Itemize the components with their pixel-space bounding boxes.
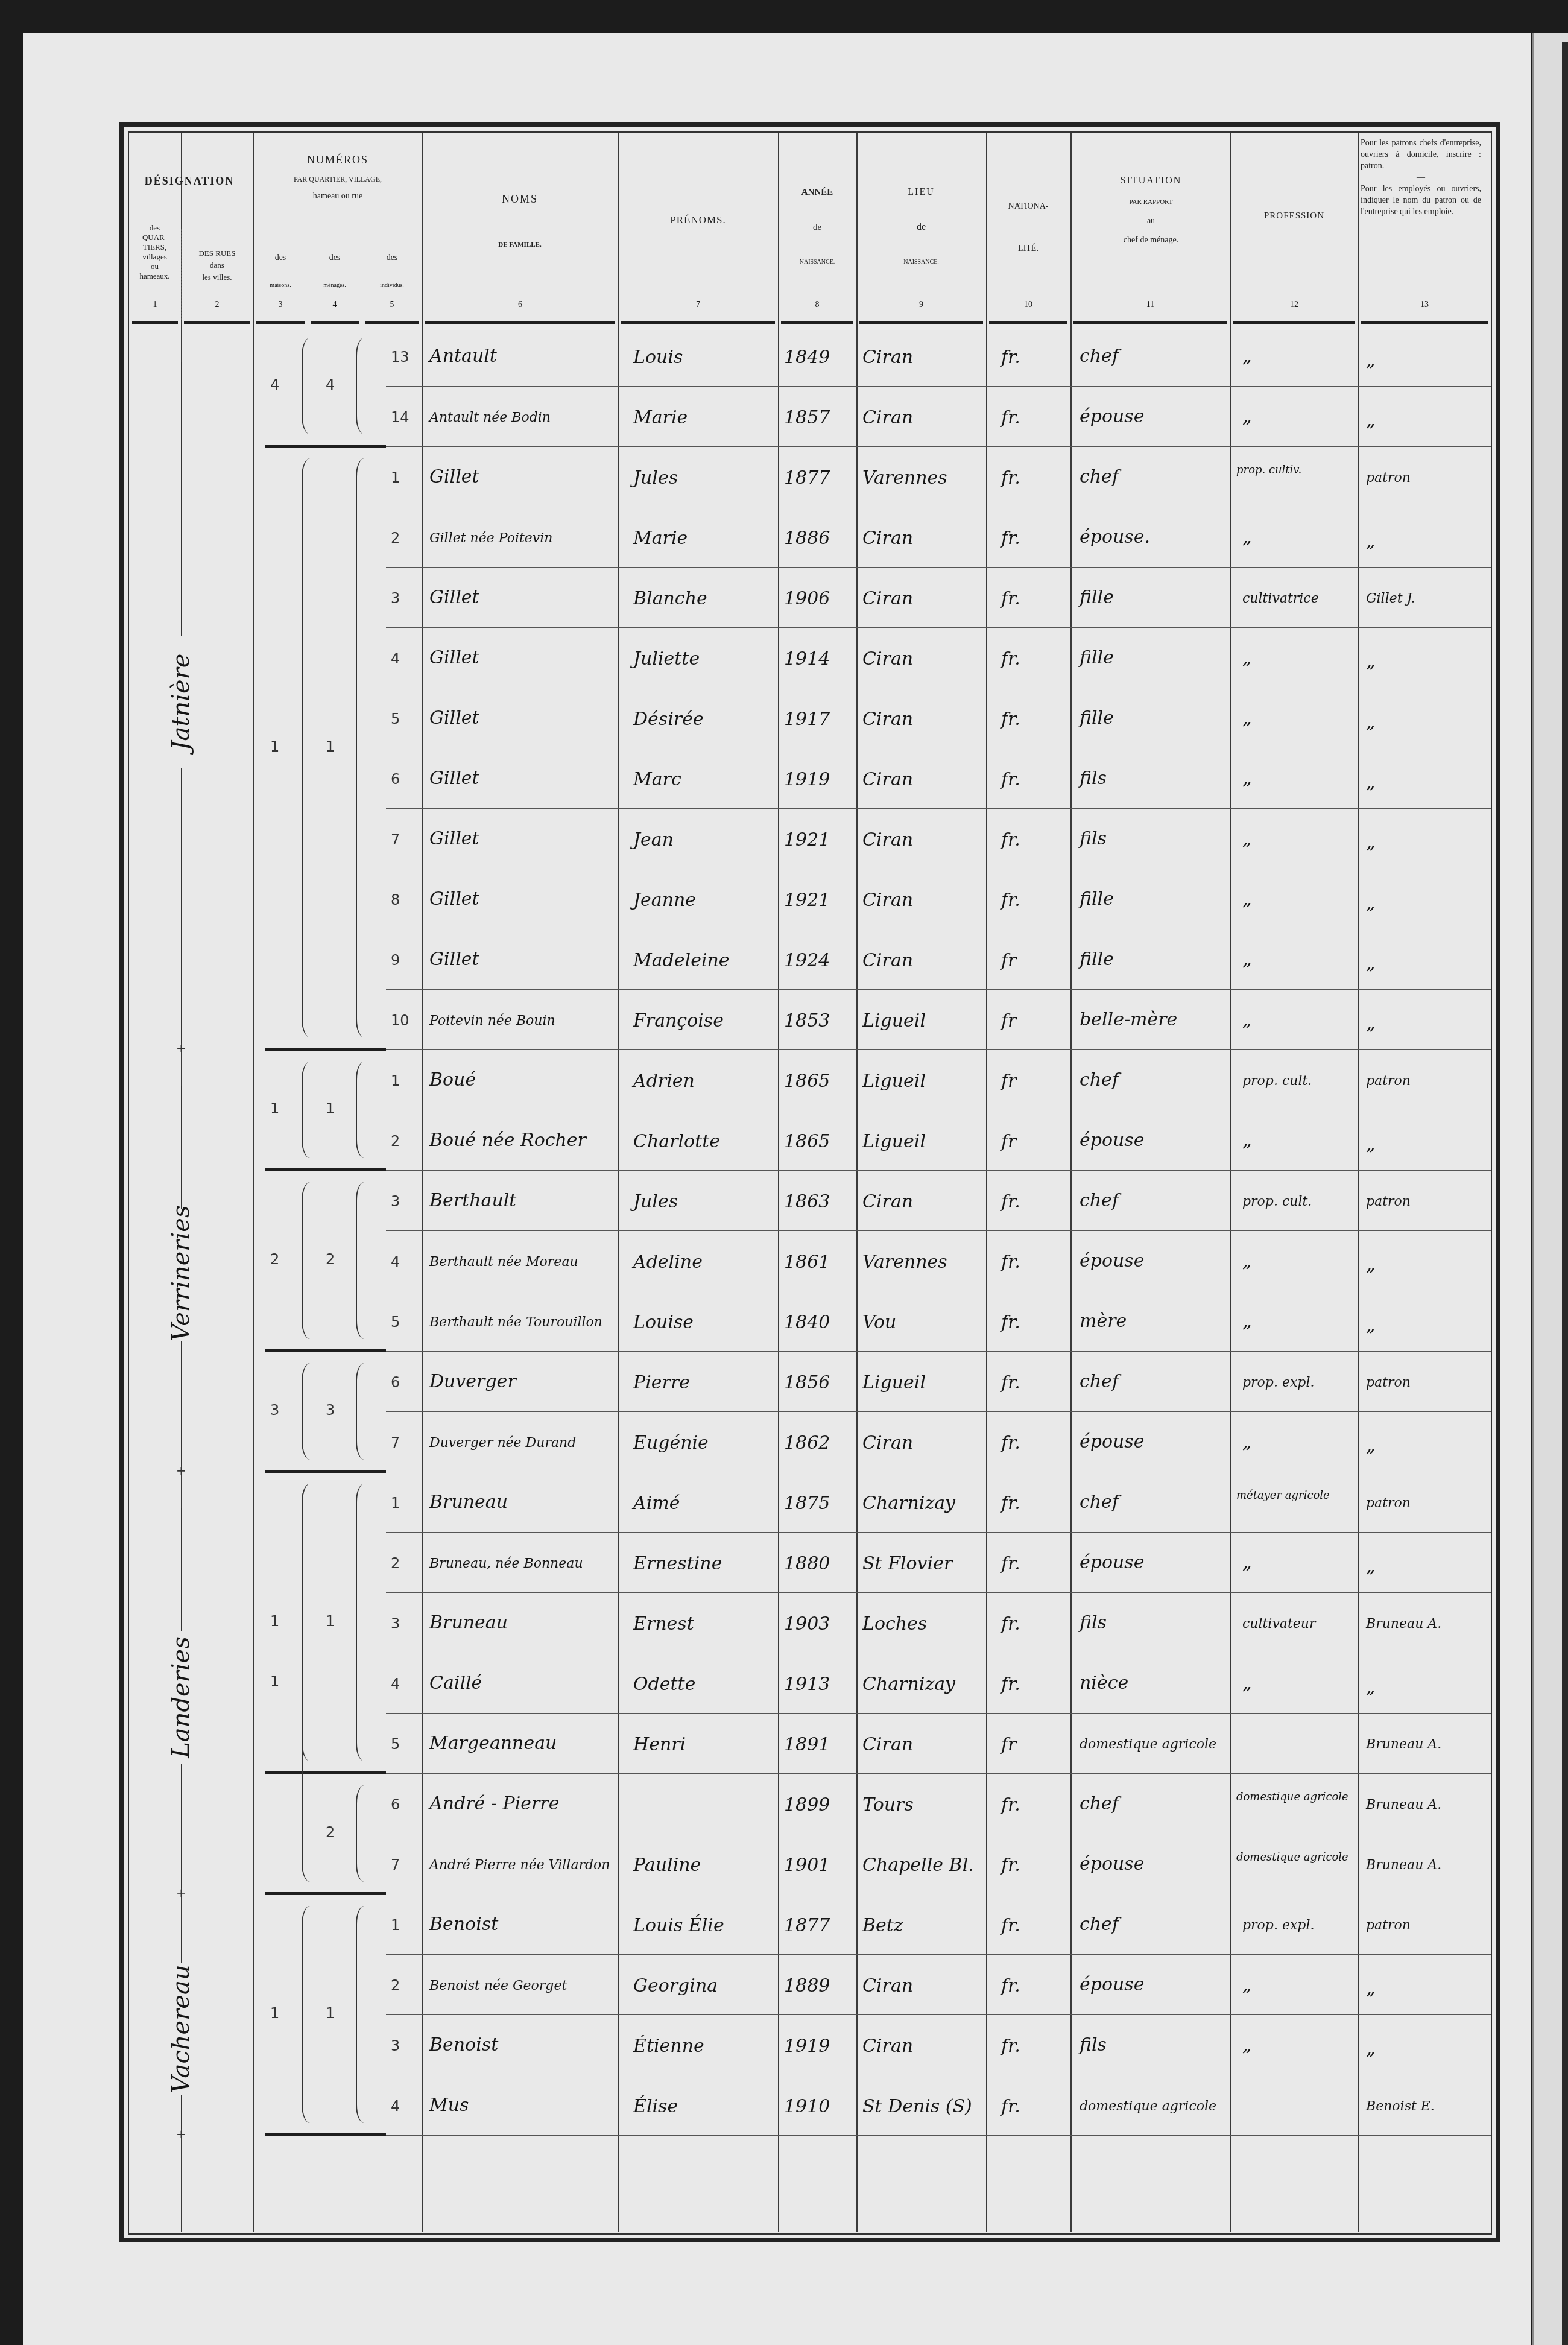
header-col13-note-b: Pour les employés ou ouvriers, indiquer …: [1361, 183, 1481, 218]
row-divider: [386, 929, 1491, 929]
row-divider: [386, 1773, 1491, 1774]
header-nationalite-line: NATIONA-: [987, 186, 1069, 228]
first-name: Eugénie: [633, 1434, 709, 1452]
brace-icon: [302, 338, 311, 434]
header-annee-line: NAISSANCE.: [779, 245, 855, 280]
column-number: 13: [1358, 300, 1491, 310]
birthplace: Charnizay: [862, 1676, 955, 1694]
nationality: fr.: [1001, 409, 1020, 427]
nationality: fr.: [1001, 710, 1020, 729]
header-col5-line: des: [362, 244, 422, 272]
first-name: Louise: [633, 1314, 694, 1332]
individual-number: 2: [391, 1134, 415, 1148]
locality-label: Jatnière: [167, 636, 195, 768]
nationality: fr.: [1001, 1314, 1020, 1332]
individual-number: 4: [391, 651, 415, 666]
header-rule: [1361, 321, 1488, 324]
household-position: domestique agricole: [1080, 1738, 1216, 1752]
surname: Duverger: [429, 1373, 516, 1391]
household-position: belle-mère: [1080, 1011, 1177, 1029]
row-divider: [386, 1351, 1491, 1352]
nationality: fr.: [1001, 469, 1020, 487]
birthplace: Chapelle Bl.: [862, 1856, 974, 1875]
birth-year: 1903: [784, 1615, 830, 1633]
nationality: fr: [1001, 1133, 1016, 1151]
individual-number: 8: [391, 893, 415, 907]
brace-icon: [356, 1062, 365, 1158]
first-name: Élise: [633, 2098, 678, 2116]
header-col2-line: DES RUES: [182, 247, 252, 259]
profession: „: [1242, 951, 1252, 969]
header-designation: DÉSIGNATION: [129, 175, 250, 188]
row-divider: [386, 1411, 1491, 1412]
first-name: Jeanne: [633, 891, 696, 910]
column-divider: [1070, 133, 1072, 2232]
employer: „: [1366, 1557, 1376, 1575]
profession: „: [1242, 2036, 1252, 2054]
header-col1-line: villages: [129, 252, 180, 262]
surname: Antault née Bodin: [429, 411, 551, 425]
employer: „: [1366, 834, 1376, 852]
profession: métayer agricole: [1236, 1490, 1357, 1502]
employer: Gillet J.: [1366, 592, 1415, 606]
column-number: 11: [1070, 300, 1230, 310]
individual-number: 6: [391, 1797, 415, 1812]
surname: Benoist: [429, 2036, 498, 2054]
profession: „: [1242, 1131, 1252, 1150]
birth-year: 1910: [784, 2098, 830, 2116]
first-name: Ernest: [633, 1615, 694, 1633]
profession: prop. expl.: [1242, 1919, 1314, 1932]
employer: „: [1366, 713, 1376, 731]
individual-number: 2: [391, 1556, 415, 1571]
household-position: chef: [1080, 1071, 1119, 1089]
surname: Bruneau, née Bonneau: [429, 1557, 583, 1571]
individual-number: 5: [391, 712, 415, 726]
birthplace: Ligueil: [862, 1012, 926, 1030]
birth-year: 1877: [784, 1917, 830, 1935]
header-col4-line: des: [308, 244, 362, 272]
employer: „: [1366, 351, 1376, 369]
surname: André - Pierre: [429, 1795, 559, 1813]
birthplace: Ligueil: [862, 1133, 926, 1151]
profession: „: [1242, 408, 1252, 426]
header-col2: DES RUES dans les villes.: [182, 247, 252, 283]
individual-number: 2: [391, 531, 415, 545]
employer: „: [1366, 1979, 1376, 1998]
individual-number: 5: [391, 1737, 415, 1752]
household-position: fils: [1080, 770, 1107, 788]
first-name: Adrien: [633, 1072, 695, 1090]
birth-year: 1849: [784, 349, 830, 367]
birthplace: Ciran: [862, 710, 913, 729]
individual-number: 1: [391, 1918, 415, 1932]
nationality: fr.: [1001, 590, 1020, 608]
surname: Mus: [429, 2097, 469, 2115]
nationality: fr: [1001, 1072, 1016, 1090]
household-number: 3: [326, 1403, 335, 1417]
column-number: 4: [308, 300, 362, 310]
household-position: épouse.: [1080, 528, 1150, 546]
birthplace: Ciran: [862, 409, 913, 427]
column-number: 9: [856, 300, 986, 310]
household-position: chef: [1080, 347, 1119, 366]
birth-year: 1886: [784, 530, 830, 548]
household-position: mère: [1080, 1312, 1127, 1331]
employer: „: [1366, 1316, 1376, 1334]
birthplace: Ciran: [862, 1434, 913, 1452]
employer: Bruneau A.: [1366, 1799, 1441, 1812]
row-divider: [386, 1713, 1491, 1714]
profession: prop. expl.: [1242, 1376, 1314, 1390]
household-number: 2: [326, 1252, 335, 1267]
profession: prop. cult.: [1242, 1075, 1312, 1088]
employer: „: [1366, 894, 1376, 912]
birth-year: 1880: [784, 1555, 830, 1573]
birth-year: 1921: [784, 891, 830, 910]
header-rule: [859, 321, 983, 324]
surname: Boué née Rocher: [429, 1131, 586, 1150]
birth-year: 1913: [784, 1676, 830, 1694]
binding-shadow: [1562, 42, 1568, 2345]
nationality: fr: [1001, 1012, 1016, 1030]
nationality: fr.: [1001, 2098, 1020, 2116]
locality-label: Landeries: [167, 1631, 195, 1764]
header-situation-line: chef de ménage.: [1072, 235, 1230, 247]
first-name: Aimé: [633, 1495, 680, 1513]
birthplace: Ligueil: [862, 1072, 926, 1090]
individual-number: 1: [391, 1496, 415, 1510]
birthplace: Ligueil: [862, 1374, 926, 1392]
household-separator: [265, 1349, 386, 1352]
house-number: 4: [270, 378, 279, 392]
surname: Benoist: [429, 1916, 498, 1934]
nationality: fr.: [1001, 1856, 1020, 1875]
profession: „: [1242, 1433, 1252, 1451]
column-number: 3: [253, 300, 308, 310]
column-divider: [1230, 133, 1231, 2232]
birth-year: 1891: [784, 1736, 830, 1754]
birth-year: 1865: [784, 1072, 830, 1090]
individual-number: 7: [391, 1858, 415, 1872]
employer: „: [1366, 1256, 1376, 1274]
birth-year: 1917: [784, 710, 830, 729]
profession: „: [1242, 1252, 1252, 1270]
surname: Berthault née Tourouillon: [429, 1316, 602, 1329]
profession: „: [1242, 1976, 1252, 1994]
birthplace: Ciran: [862, 590, 913, 608]
row-divider: [386, 869, 1491, 869]
birthplace: Ciran: [862, 1736, 913, 1754]
first-name: Désirée: [633, 710, 704, 729]
column-divider: [422, 133, 423, 2232]
profession: „: [1242, 890, 1252, 908]
birth-year: 1877: [784, 469, 830, 487]
profession: prop. cult.: [1242, 1195, 1312, 1209]
birthplace: St Denis (S): [862, 2098, 972, 2116]
plus-mark-icon: +: [176, 1041, 186, 1055]
birth-year: 1856: [784, 1374, 830, 1392]
brace-icon: [302, 1182, 311, 1339]
surname: Berthault: [429, 1192, 516, 1210]
profession: „: [1242, 1674, 1252, 1692]
row-divider: [386, 1592, 1491, 1593]
profession: „: [1242, 1554, 1252, 1572]
household-position: fille: [1080, 951, 1114, 969]
row-divider: [386, 2075, 1491, 2075]
header-rule: [1073, 321, 1227, 324]
nationality: fr.: [1001, 1434, 1020, 1452]
column-number: 6: [422, 300, 618, 310]
individual-number: 7: [391, 832, 415, 847]
nationality: fr.: [1001, 530, 1020, 548]
row-divider: [386, 1834, 1491, 1834]
household-position: fils: [1080, 2036, 1107, 2054]
nationality: fr.: [1001, 1917, 1020, 1935]
employer: Benoist E.: [1366, 2100, 1435, 2113]
first-name: Marie: [633, 409, 688, 427]
header-rule: [781, 321, 853, 324]
header-numeros: NUMÉROS: [253, 154, 422, 166]
first-name: Louis Élie: [633, 1917, 724, 1935]
surname: Gillet: [429, 890, 479, 908]
surname: Gillet: [429, 649, 479, 667]
surname: Antault: [429, 347, 497, 366]
header-profession: PROFESSION: [1231, 211, 1357, 221]
header-col4: des ménages.: [308, 244, 362, 300]
header-situation: SITUATION PAR RAPPORT au chef de ménage.: [1072, 166, 1230, 247]
house-number: 1: [270, 739, 279, 754]
household-number: 1: [326, 2006, 335, 2021]
employer: Bruneau A.: [1366, 1618, 1441, 1631]
brace-icon: [356, 1363, 365, 1460]
household-separator: [265, 1771, 386, 1774]
header-col1: des QUAR- TIERS, villages ou hameaux.: [129, 223, 180, 281]
birthplace: St Flovier: [862, 1555, 952, 1573]
birth-year: 1919: [784, 771, 830, 789]
first-name: Georgina: [633, 1977, 718, 1995]
column-number: 10: [986, 300, 1070, 310]
row-divider: [386, 2135, 1491, 2136]
household-separator: [265, 1048, 386, 1051]
row-divider: [386, 748, 1491, 748]
individual-number: 4: [391, 2099, 415, 2113]
employer: „: [1366, 2040, 1376, 2058]
brace-icon: [356, 1785, 365, 1882]
employer: „: [1366, 653, 1376, 671]
column-divider: [986, 133, 987, 2232]
individual-number: 14: [391, 410, 415, 425]
nationality: fr.: [1001, 1977, 1020, 1995]
surname: Caillé: [429, 1674, 482, 1692]
household-position: fille: [1080, 890, 1114, 908]
surname: Bruneau: [429, 1614, 508, 1632]
profession: cultivateur: [1242, 1618, 1316, 1631]
household-position: épouse: [1080, 1855, 1145, 1873]
first-name: Odette: [633, 1676, 695, 1694]
profession: „: [1242, 770, 1252, 788]
individual-number: 1: [391, 1074, 415, 1088]
employer: Bruneau A.: [1366, 1738, 1441, 1752]
header-col1-line: ou: [129, 262, 180, 271]
brace-icon: [302, 458, 311, 1037]
row-divider: [386, 386, 1491, 387]
header-nationalite-line: LITÉ.: [987, 228, 1069, 270]
household-position: chef: [1080, 1373, 1119, 1391]
surname: Bruneau: [429, 1493, 508, 1511]
surname: Margeanneau: [429, 1735, 557, 1753]
header-col5: des individus.: [362, 244, 422, 300]
surname: Gillet: [429, 770, 479, 788]
first-name: Juliette: [633, 650, 700, 668]
nationality: fr.: [1001, 831, 1020, 849]
birthplace: Ciran: [862, 831, 913, 849]
first-name: Madeleine: [633, 952, 730, 970]
profession: cultivatrice: [1242, 592, 1319, 606]
header-lieu-line: LIEU: [856, 175, 986, 210]
locality-label: Verrineries: [167, 1209, 195, 1341]
house-number: 1: [270, 1674, 279, 1689]
profession: prop. cultiv.: [1236, 464, 1357, 476]
row-divider: [386, 989, 1491, 990]
nationality: fr.: [1001, 650, 1020, 668]
header-lieu-line: NAISSANCE.: [856, 245, 986, 280]
employer: patron: [1366, 1497, 1411, 1510]
surname: Poitevin née Bouin: [429, 1014, 555, 1028]
nationality: fr.: [1001, 349, 1020, 367]
household-position: fils: [1080, 1614, 1107, 1632]
surname: Benoist née Georget: [429, 1979, 567, 1993]
header-col1-line: des: [129, 223, 180, 233]
row-divider: [386, 1170, 1491, 1171]
plus-mark-icon: +: [176, 1463, 186, 1478]
household-position: chef: [1080, 1493, 1119, 1511]
birth-year: 1857: [784, 409, 830, 427]
employer: patron: [1366, 472, 1411, 485]
header-annee: ANNÉE de NAISSANCE.: [779, 175, 855, 280]
birthplace: Betz: [862, 1917, 903, 1935]
header-rule: [184, 321, 250, 324]
profession: „: [1242, 1312, 1252, 1331]
birth-year: 1899: [784, 1796, 830, 1814]
row-divider: [386, 688, 1491, 688]
surname: Duverger née Durand: [429, 1437, 576, 1450]
header-col1-line: QUAR-: [129, 233, 180, 242]
birthplace: Loches: [862, 1615, 927, 1633]
brace-icon: [356, 458, 365, 1037]
first-name: Charlotte: [633, 1133, 720, 1151]
header-situation-line: au: [1072, 208, 1230, 235]
employer: „: [1366, 1678, 1376, 1696]
brace-icon: [302, 1484, 311, 1882]
birthplace: Ciran: [862, 891, 913, 910]
employer: patron: [1366, 1919, 1411, 1932]
row-divider: [386, 1049, 1491, 1050]
header-col13-note-a: Pour les patrons chefs d'entreprise, ouv…: [1361, 138, 1481, 172]
nationality: fr: [1001, 1736, 1016, 1754]
profession: domestique agricole: [1236, 1852, 1357, 1864]
first-name: Jules: [633, 1193, 678, 1211]
birthplace: Vou: [862, 1314, 896, 1332]
first-name: Marie: [633, 530, 688, 548]
household-number: 1: [326, 1101, 335, 1116]
row-divider: [386, 1532, 1491, 1533]
profession: „: [1242, 830, 1252, 848]
employer: patron: [1366, 1195, 1411, 1209]
brace-icon: [356, 338, 365, 434]
individual-number: 13: [391, 350, 415, 364]
header-rule: [365, 321, 419, 324]
household-position: épouse: [1080, 1131, 1145, 1150]
nationality: fr.: [1001, 2037, 1020, 2055]
header-situation-line: SITUATION: [1072, 166, 1230, 196]
header-numeros-sub1: PAR QUARTIER, VILLAGE,: [253, 175, 422, 184]
row-divider: [386, 2014, 1491, 2015]
header-rule: [425, 321, 615, 324]
employer: „: [1366, 411, 1376, 429]
row-divider: [386, 1954, 1491, 1955]
employer: patron: [1366, 1376, 1411, 1390]
individual-number: 4: [391, 1255, 415, 1269]
household-position: chef: [1080, 1916, 1119, 1934]
birthplace: Ciran: [862, 349, 913, 367]
header-rule: [989, 321, 1067, 324]
household-position: fille: [1080, 589, 1114, 607]
birthplace: Ciran: [862, 530, 913, 548]
individual-number: 3: [391, 591, 415, 606]
nationality: fr.: [1001, 1676, 1020, 1694]
house-number: 1: [270, 1614, 279, 1628]
birth-year: 1861: [784, 1253, 830, 1271]
first-name: Louis: [633, 349, 683, 367]
birthplace: Ciran: [862, 1977, 913, 1995]
header-col1-line: hameaux.: [129, 271, 180, 281]
first-name: Blanche: [633, 590, 707, 608]
nationality: fr.: [1001, 1615, 1020, 1633]
nationality: fr: [1001, 952, 1016, 970]
individual-number: 10: [391, 1013, 415, 1028]
birth-year: 1875: [784, 1495, 830, 1513]
first-name: Jean: [633, 831, 674, 849]
birth-year: 1914: [784, 650, 830, 668]
household-separator: [265, 445, 386, 448]
plus-mark-icon: +: [176, 1885, 186, 1900]
individual-number: 3: [391, 1194, 415, 1209]
nationality: fr.: [1001, 1796, 1020, 1814]
birth-year: 1865: [784, 1133, 830, 1151]
surname: Gillet: [429, 468, 479, 486]
individual-number: 3: [391, 1616, 415, 1631]
employer: Bruneau A.: [1366, 1859, 1441, 1872]
row-divider: [386, 1291, 1491, 1291]
employer: „: [1366, 1437, 1376, 1455]
row-divider: [386, 1894, 1491, 1894]
birth-year: 1924: [784, 952, 830, 970]
brace-icon: [356, 1182, 365, 1339]
employer: „: [1366, 532, 1376, 550]
surname: Gillet: [429, 951, 479, 969]
individual-number: 3: [391, 2039, 415, 2053]
row-divider: [386, 1110, 1491, 1110]
header-nationalite: NATIONA- LITÉ.: [987, 186, 1069, 270]
individual-number: 6: [391, 1375, 415, 1390]
birthplace: Charnizay: [862, 1495, 955, 1513]
birth-year: 1921: [784, 831, 830, 849]
birth-year: 1919: [784, 2037, 830, 2055]
employer: patron: [1366, 1075, 1411, 1088]
first-name: Françoise: [633, 1012, 724, 1030]
surname: Gillet: [429, 709, 479, 727]
